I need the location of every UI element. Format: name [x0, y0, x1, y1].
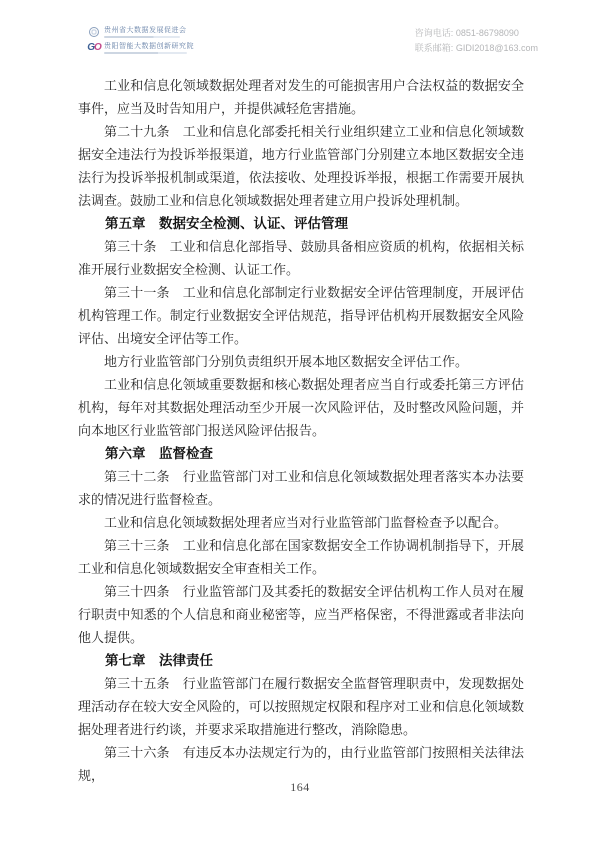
logo-block: 贵州省大数据发展促进会 GO 贵阳智能大数据创新研究院	[88, 26, 194, 54]
contact-email: 联系邮箱: GIDI2018@163.com	[415, 41, 538, 56]
association-logo-caption	[104, 36, 180, 38]
institute-logo-text: 贵阳智能大数据创新研究院	[104, 43, 194, 51]
body-paragraph: 第三十五条 行业监管部门在履行数据安全监督管理职责中，发现数据处理活动存在较大安…	[78, 672, 524, 741]
contact-email-value: GIDI2018@163.com	[456, 43, 538, 53]
page-header: 贵州省大数据发展促进会 GO 贵阳智能大数据创新研究院 咨询电话: 0851-8…	[88, 26, 538, 56]
institute-logo-caption	[104, 52, 187, 54]
body-paragraph: 工业和信息化领域数据处理者应当对行业监管部门监督检查予以配合。	[78, 511, 524, 534]
body-paragraph: 第三十条 工业和信息化部指导、鼓励具备相应资质的机构，依据相关标准开展行业数据安…	[78, 235, 524, 281]
body-paragraph: 工业和信息化领域重要数据和核心数据处理者应当自行或委托第三方评估机构，每年对其数…	[78, 373, 524, 442]
go-monogram-icon: GO	[88, 42, 100, 54]
document-page: 贵州省大数据发展促进会 GO 贵阳智能大数据创新研究院 咨询电话: 0851-8…	[0, 0, 600, 848]
association-logo-text: 贵州省大数据发展促进会	[104, 27, 187, 35]
body-paragraph: 第三十三条 工业和信息化部在国家数据安全工作协调机制指导下，开展工业和信息化领域…	[78, 534, 524, 580]
chapter-heading: 第五章 数据安全检测、认证、评估管理	[78, 212, 524, 235]
body-paragraph: 第三十四条 行业监管部门及其委托的数据安全评估机构工作人员对在履行职责中知悉的个…	[78, 580, 524, 649]
body-paragraph: 工业和信息化领域数据处理者对发生的可能损害用户合法权益的数据安全事件，应当及时告…	[78, 74, 524, 120]
association-emblem-icon	[88, 26, 100, 38]
contact-phone: 咨询电话: 0851-86798090	[415, 26, 538, 41]
body-paragraph: 第三十一条 工业和信息化部制定行业数据安全评估管理制度，开展评估机构管理工作。制…	[78, 281, 524, 350]
chapter-heading: 第六章 监督检查	[78, 442, 524, 465]
chapter-heading: 第七章 法律责任	[78, 649, 524, 672]
association-logo: 贵州省大数据发展促进会	[88, 26, 194, 38]
contact-phone-label: 咨询电话:	[415, 28, 456, 38]
document-body: 工业和信息化领域数据处理者对发生的可能损害用户合法权益的数据安全事件，应当及时告…	[78, 74, 524, 787]
contact-phone-value: 0851-86798090	[456, 28, 519, 38]
body-paragraph: 第二十九条 工业和信息化部委托相关行业组织建立工业和信息化领域数据安全违法行为投…	[78, 120, 524, 212]
page-number: 164	[0, 780, 600, 795]
contact-email-label: 联系邮箱:	[415, 43, 456, 53]
institute-logo: GO 贵阳智能大数据创新研究院	[88, 42, 194, 54]
contact-info: 咨询电话: 0851-86798090 联系邮箱: GIDI2018@163.c…	[415, 26, 538, 56]
body-paragraph: 第三十二条 行业监管部门对工业和信息化领域数据处理者落实本办法要求的情况进行监督…	[78, 465, 524, 511]
body-paragraph: 地方行业监管部门分别负责组织开展本地区数据安全评估工作。	[78, 350, 524, 373]
